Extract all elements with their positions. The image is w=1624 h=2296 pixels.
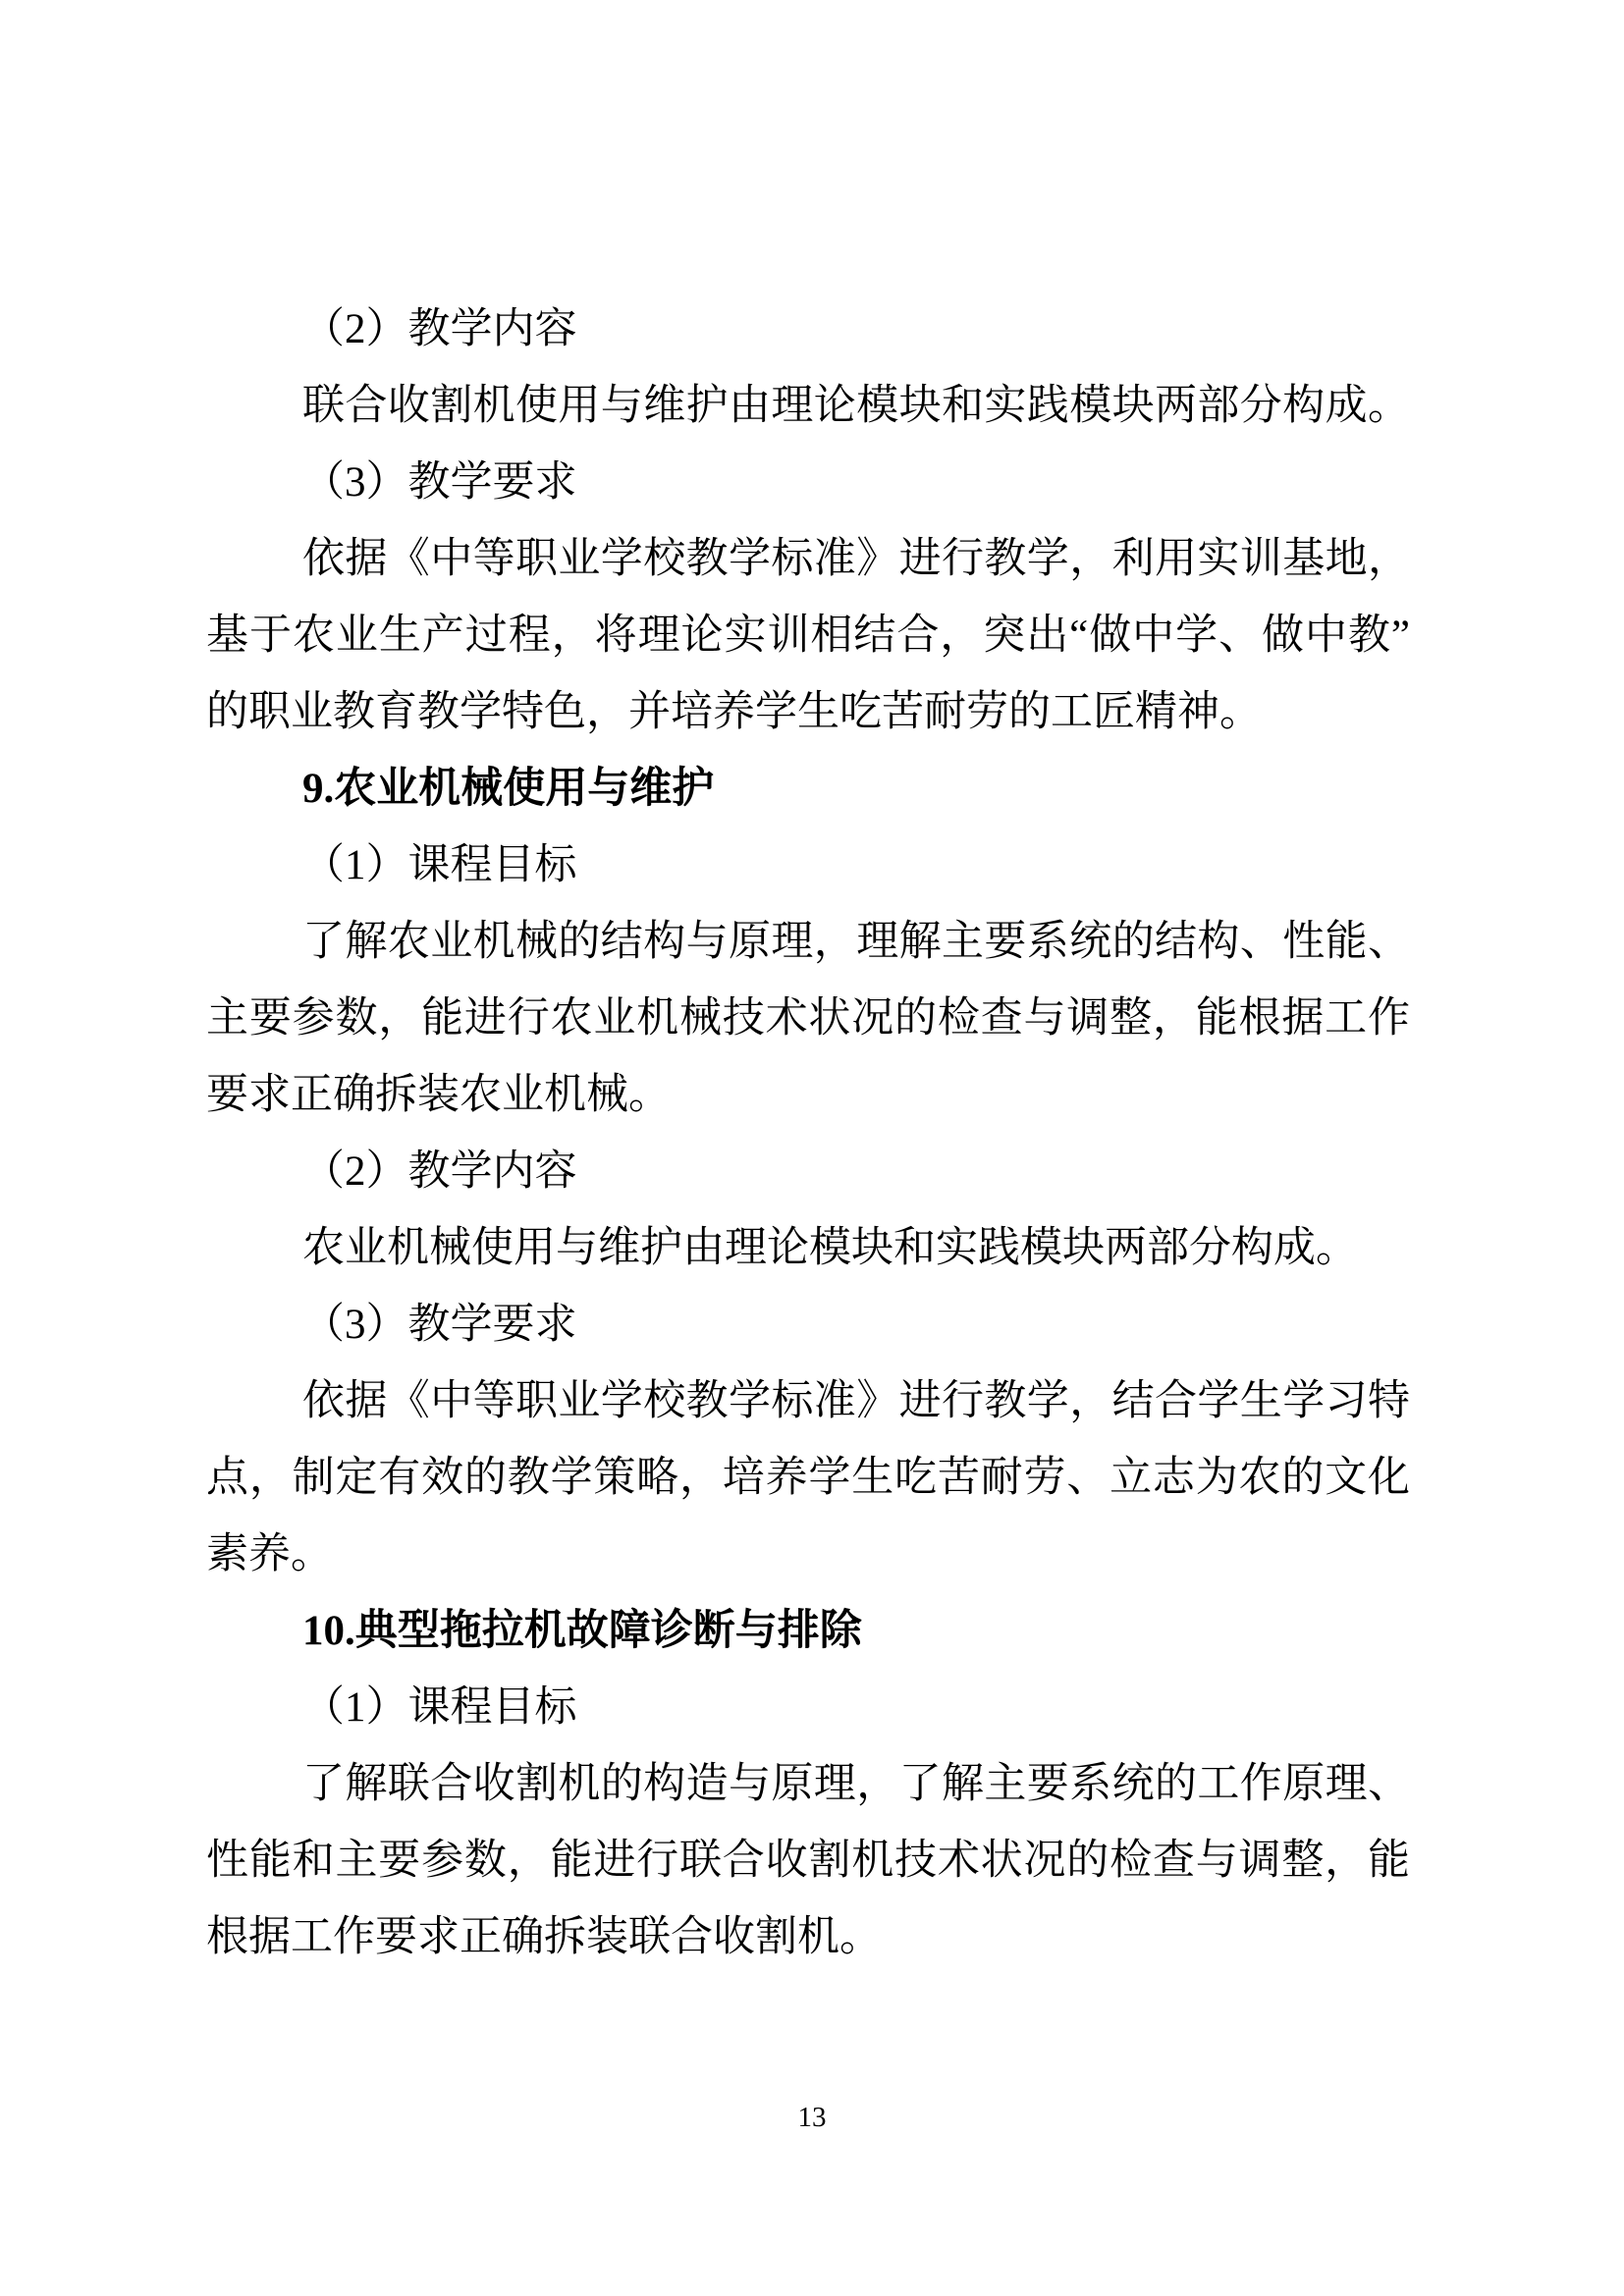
text-line: （3）教学要求 xyxy=(206,445,1410,521)
document-page: （2）教学内容 联合收割机使用与维护由理论模块和实践模块两部分构成。 （3）教学… xyxy=(0,0,1624,2296)
text-line: （1）课程目标 xyxy=(206,828,1410,904)
text-line: 农业机械使用与维护由理论模块和实践模块两部分构成。 xyxy=(206,1210,1410,1287)
text-line: （1）课程目标 xyxy=(206,1670,1410,1746)
page-number: 13 xyxy=(0,2101,1624,2134)
text-line: 主要参数，能进行农业机械技术状况的检查与调整，能根据工作 xyxy=(206,981,1410,1057)
text-line: 依据《中等职业学校教学标准》进行教学，利用实训基地， xyxy=(206,521,1410,598)
text-line: 了解联合收割机的构造与原理，了解主要系统的工作原理、 xyxy=(206,1746,1410,1823)
text-line: 性能和主要参数，能进行联合收割机技术状况的检查与调整，能 xyxy=(206,1823,1410,1899)
text-line: 根据工作要求正确拆装联合收割机。 xyxy=(206,1899,1410,1976)
text-line: 联合收割机使用与维护由理论模块和实践模块两部分构成。 xyxy=(206,368,1410,445)
text-line: 点，制定有效的教学策略，培养学生吃苦耐劳、立志为农的文化 xyxy=(206,1440,1410,1517)
section-heading: 10.典型拖拉机故障诊断与排除 xyxy=(206,1593,1410,1670)
text-line: （2）教学内容 xyxy=(206,1134,1410,1210)
text-line: 依据《中等职业学校教学标准》进行教学，结合学生学习特 xyxy=(206,1363,1410,1440)
text-line: （2）教学内容 xyxy=(206,292,1410,368)
section-heading: 9.农业机械使用与维护 xyxy=(206,751,1410,828)
text-line: 了解农业机械的结构与原理，理解主要系统的结构、性能、 xyxy=(206,904,1410,981)
page-content: （2）教学内容 联合收割机使用与维护由理论模块和实践模块两部分构成。 （3）教学… xyxy=(206,292,1410,1976)
text-line: 要求正确拆装农业机械。 xyxy=(206,1057,1410,1134)
text-line: 素养。 xyxy=(206,1517,1410,1593)
text-line: 的职业教育教学特色，并培养学生吃苦耐劳的工匠精神。 xyxy=(206,674,1410,751)
text-line: 基于农业生产过程，将理论实训相结合，突出“做中学、做中教” xyxy=(206,598,1410,674)
text-line: （3）教学要求 xyxy=(206,1287,1410,1363)
